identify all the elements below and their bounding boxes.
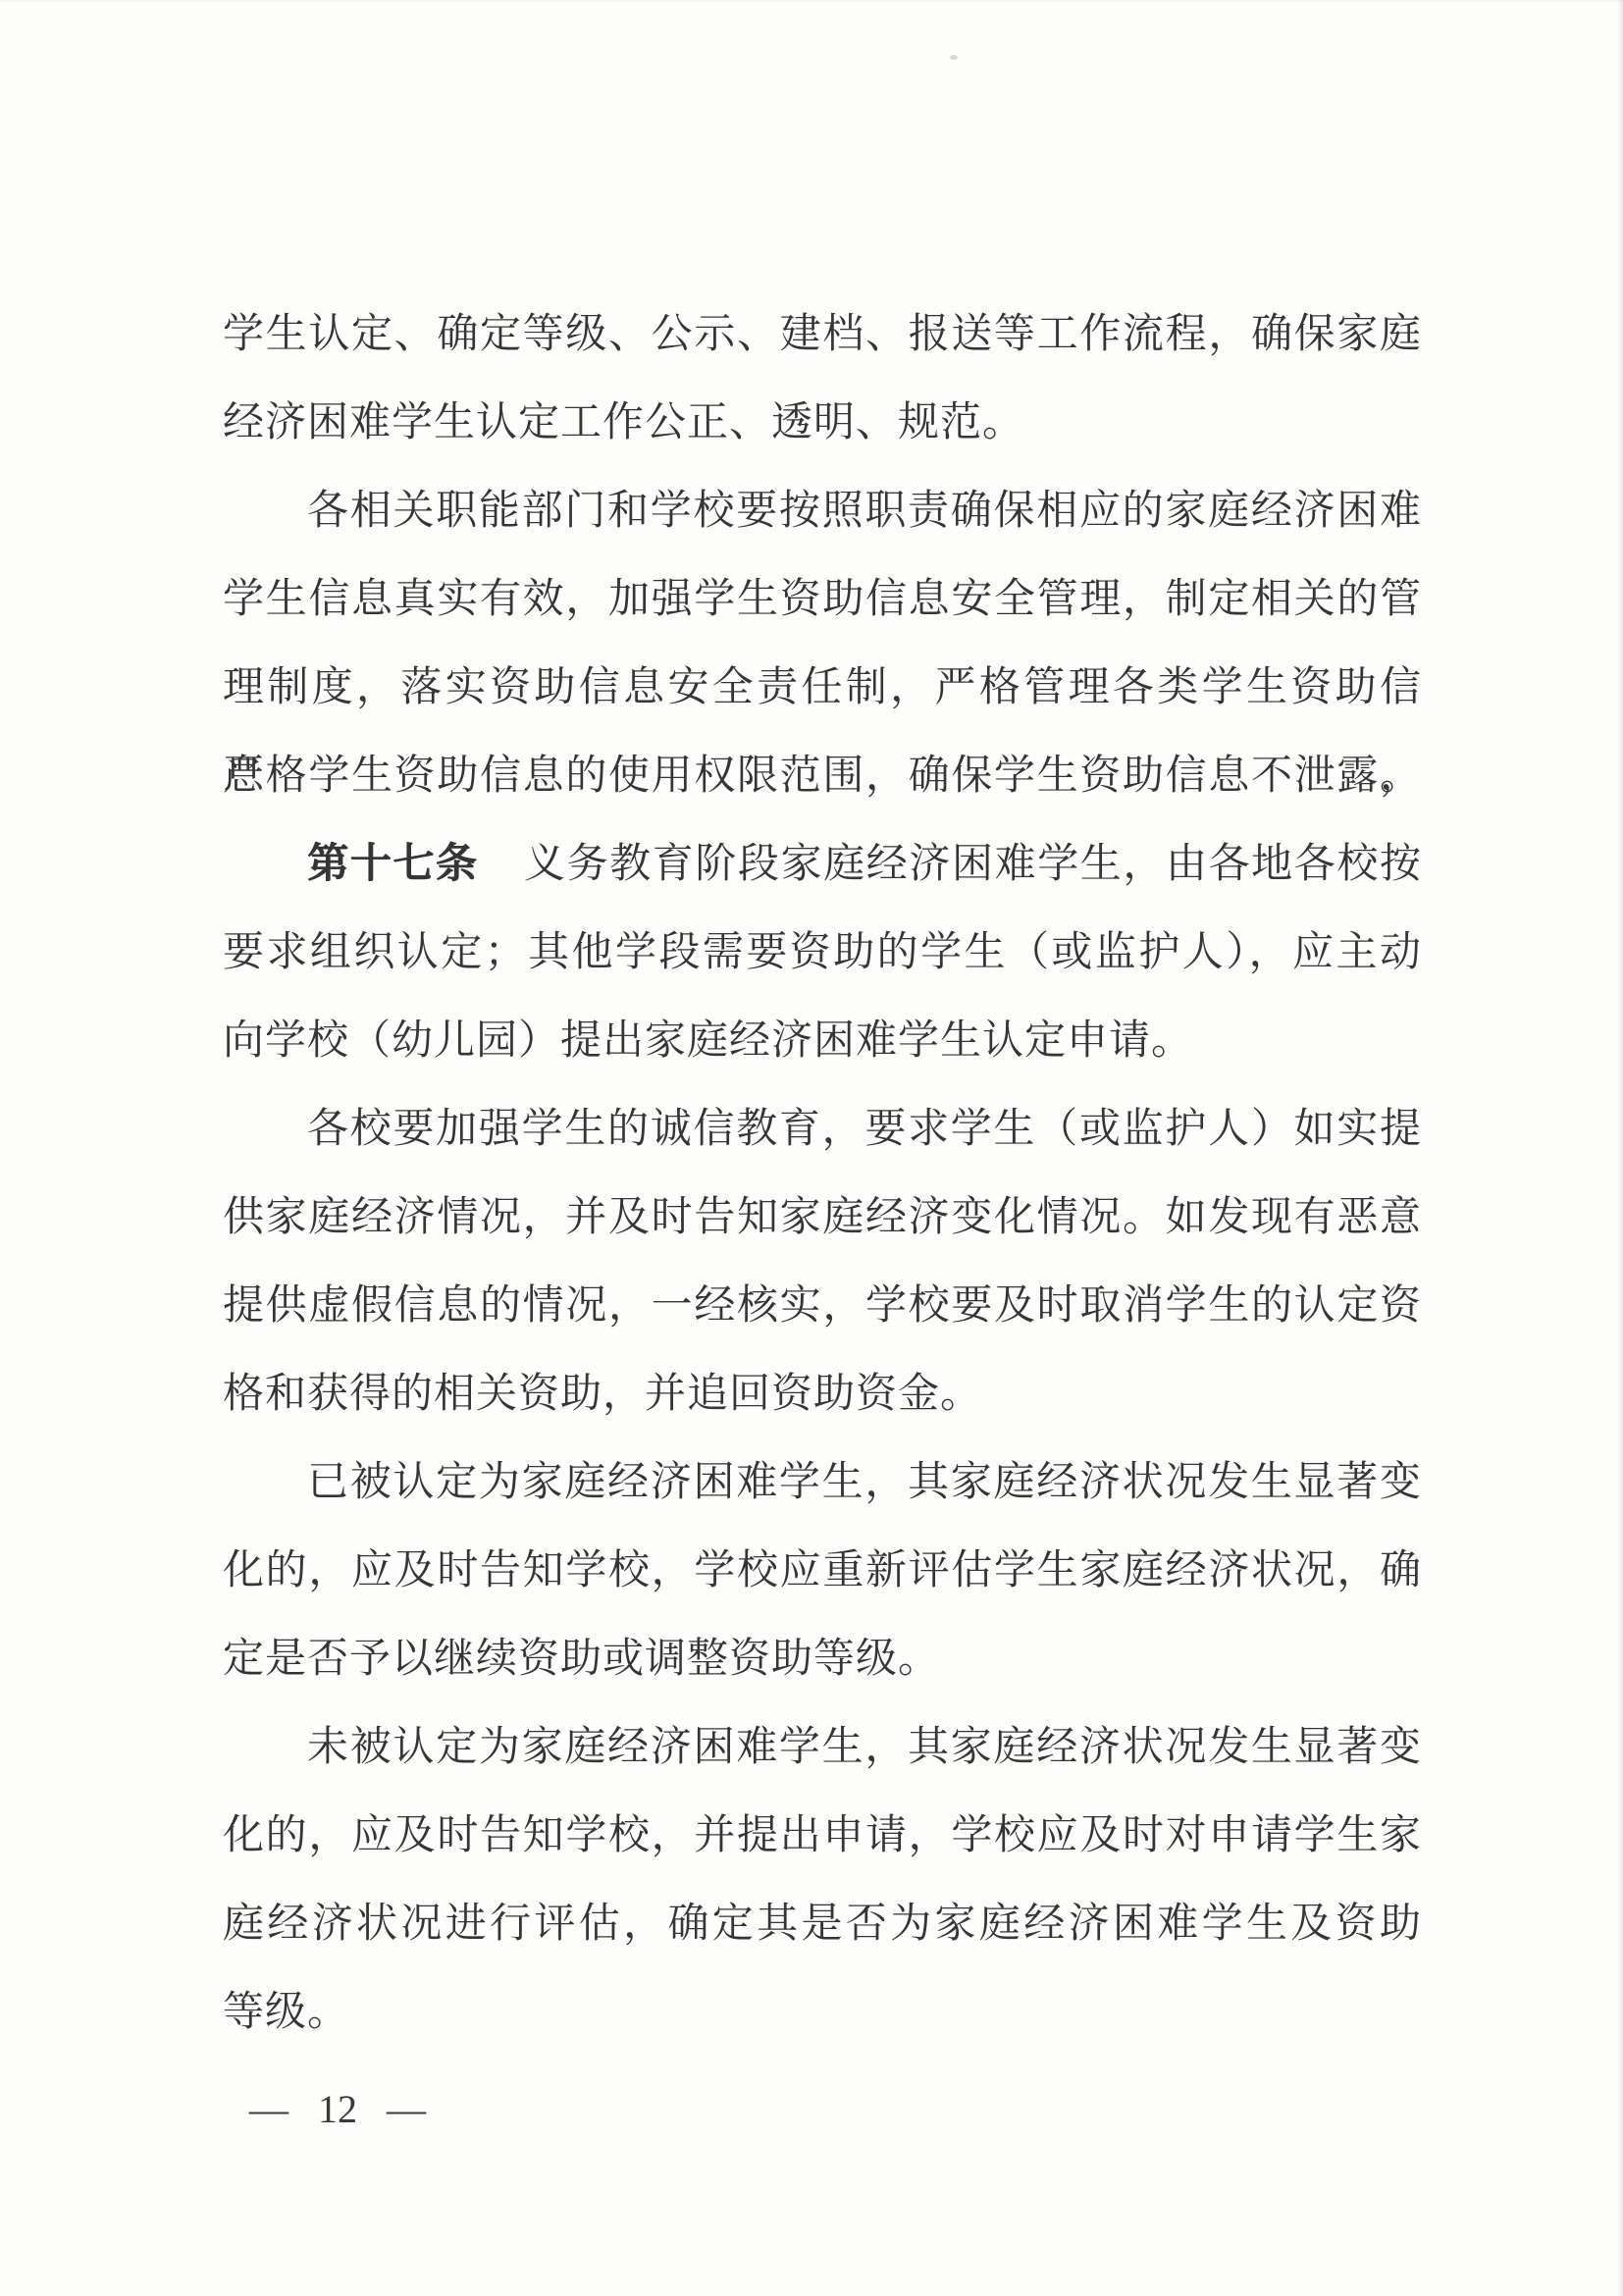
article-number: 第十七条 (307, 842, 478, 887)
text-line: 已被认定为家庭经济困难学生，其家庭经济状况发生显著变 (223, 1438, 1422, 1527)
text-run: 义务教育阶段家庭经济困难学生，由各地各校按 (523, 842, 1422, 887)
text-line: 庭经济状况进行评估，确定其是否为家庭经济困难学生及资助 (223, 1880, 1422, 1968)
text-line: 化的，应及时告知学校，并提出申请，学校应及时对申请学生家 (223, 1792, 1422, 1880)
text-line: 学生信息真实有效，加强学生资助信息安全管理，制定相关的管 (223, 555, 1422, 644)
scan-dust-speck (950, 55, 958, 60)
text-line: 向学校（幼儿园）提出家庭经济困难学生认定申请。 (223, 997, 1422, 1085)
text-line: 各校要加强学生的诚信教育，要求学生（或监护人）如实提 (223, 1085, 1422, 1174)
text-line: 严格学生资助信息的使用权限范围，确保学生资助信息不泄露。 (223, 732, 1422, 820)
text-line: 各相关职能部门和学校要按照职责确保相应的家庭经济困难 (223, 467, 1422, 555)
footer-dash-left: — (249, 2086, 288, 2132)
page-number: 12 (318, 2086, 357, 2132)
text-line: 未被认定为家庭经济困难学生，其家庭经济状况发生显著变 (223, 1703, 1422, 1792)
text-line: 提供虚假信息的情况，一经核实，学校要及时取消学生的认定资 (223, 1262, 1422, 1350)
text-line-article-17: 第十七条义务教育阶段家庭经济困难学生，由各地各校按 (223, 820, 1422, 909)
text-line: 学生认定、确定等级、公示、建档、报送等工作流程，确保家庭 (223, 290, 1422, 379)
body-text: 学生认定、确定等级、公示、建档、报送等工作流程，确保家庭 经济困难学生认定工作公… (223, 290, 1422, 2057)
scan-edge-right (1618, 0, 1623, 2296)
text-line: 供家庭经济情况，并及时告知家庭经济变化情况。如发现有恶意 (223, 1174, 1422, 1262)
text-line: 理制度，落实资助信息安全责任制，严格管理各类学生资助信息， (223, 644, 1422, 732)
text-line: 经济困难学生认定工作公正、透明、规范。 (223, 379, 1422, 467)
document-page: 学生认定、确定等级、公示、建档、报送等工作流程，确保家庭 经济困难学生认定工作公… (0, 0, 1623, 2296)
page-footer: — 12 — (249, 2086, 426, 2132)
text-line: 化的，应及时告知学校，学校应重新评估学生家庭经济状况，确 (223, 1527, 1422, 1615)
scan-edge-top (0, 0, 1623, 3)
footer-dash-right: — (387, 2086, 426, 2132)
text-line: 格和获得的相关资助，并追回资助资金。 (223, 1350, 1422, 1438)
text-line: 要求组织认定；其他学段需要资助的学生（或监护人），应主动 (223, 909, 1422, 997)
text-line: 等级。 (223, 1968, 1422, 2057)
text-line: 定是否予以继续资助或调整资助等级。 (223, 1615, 1422, 1703)
